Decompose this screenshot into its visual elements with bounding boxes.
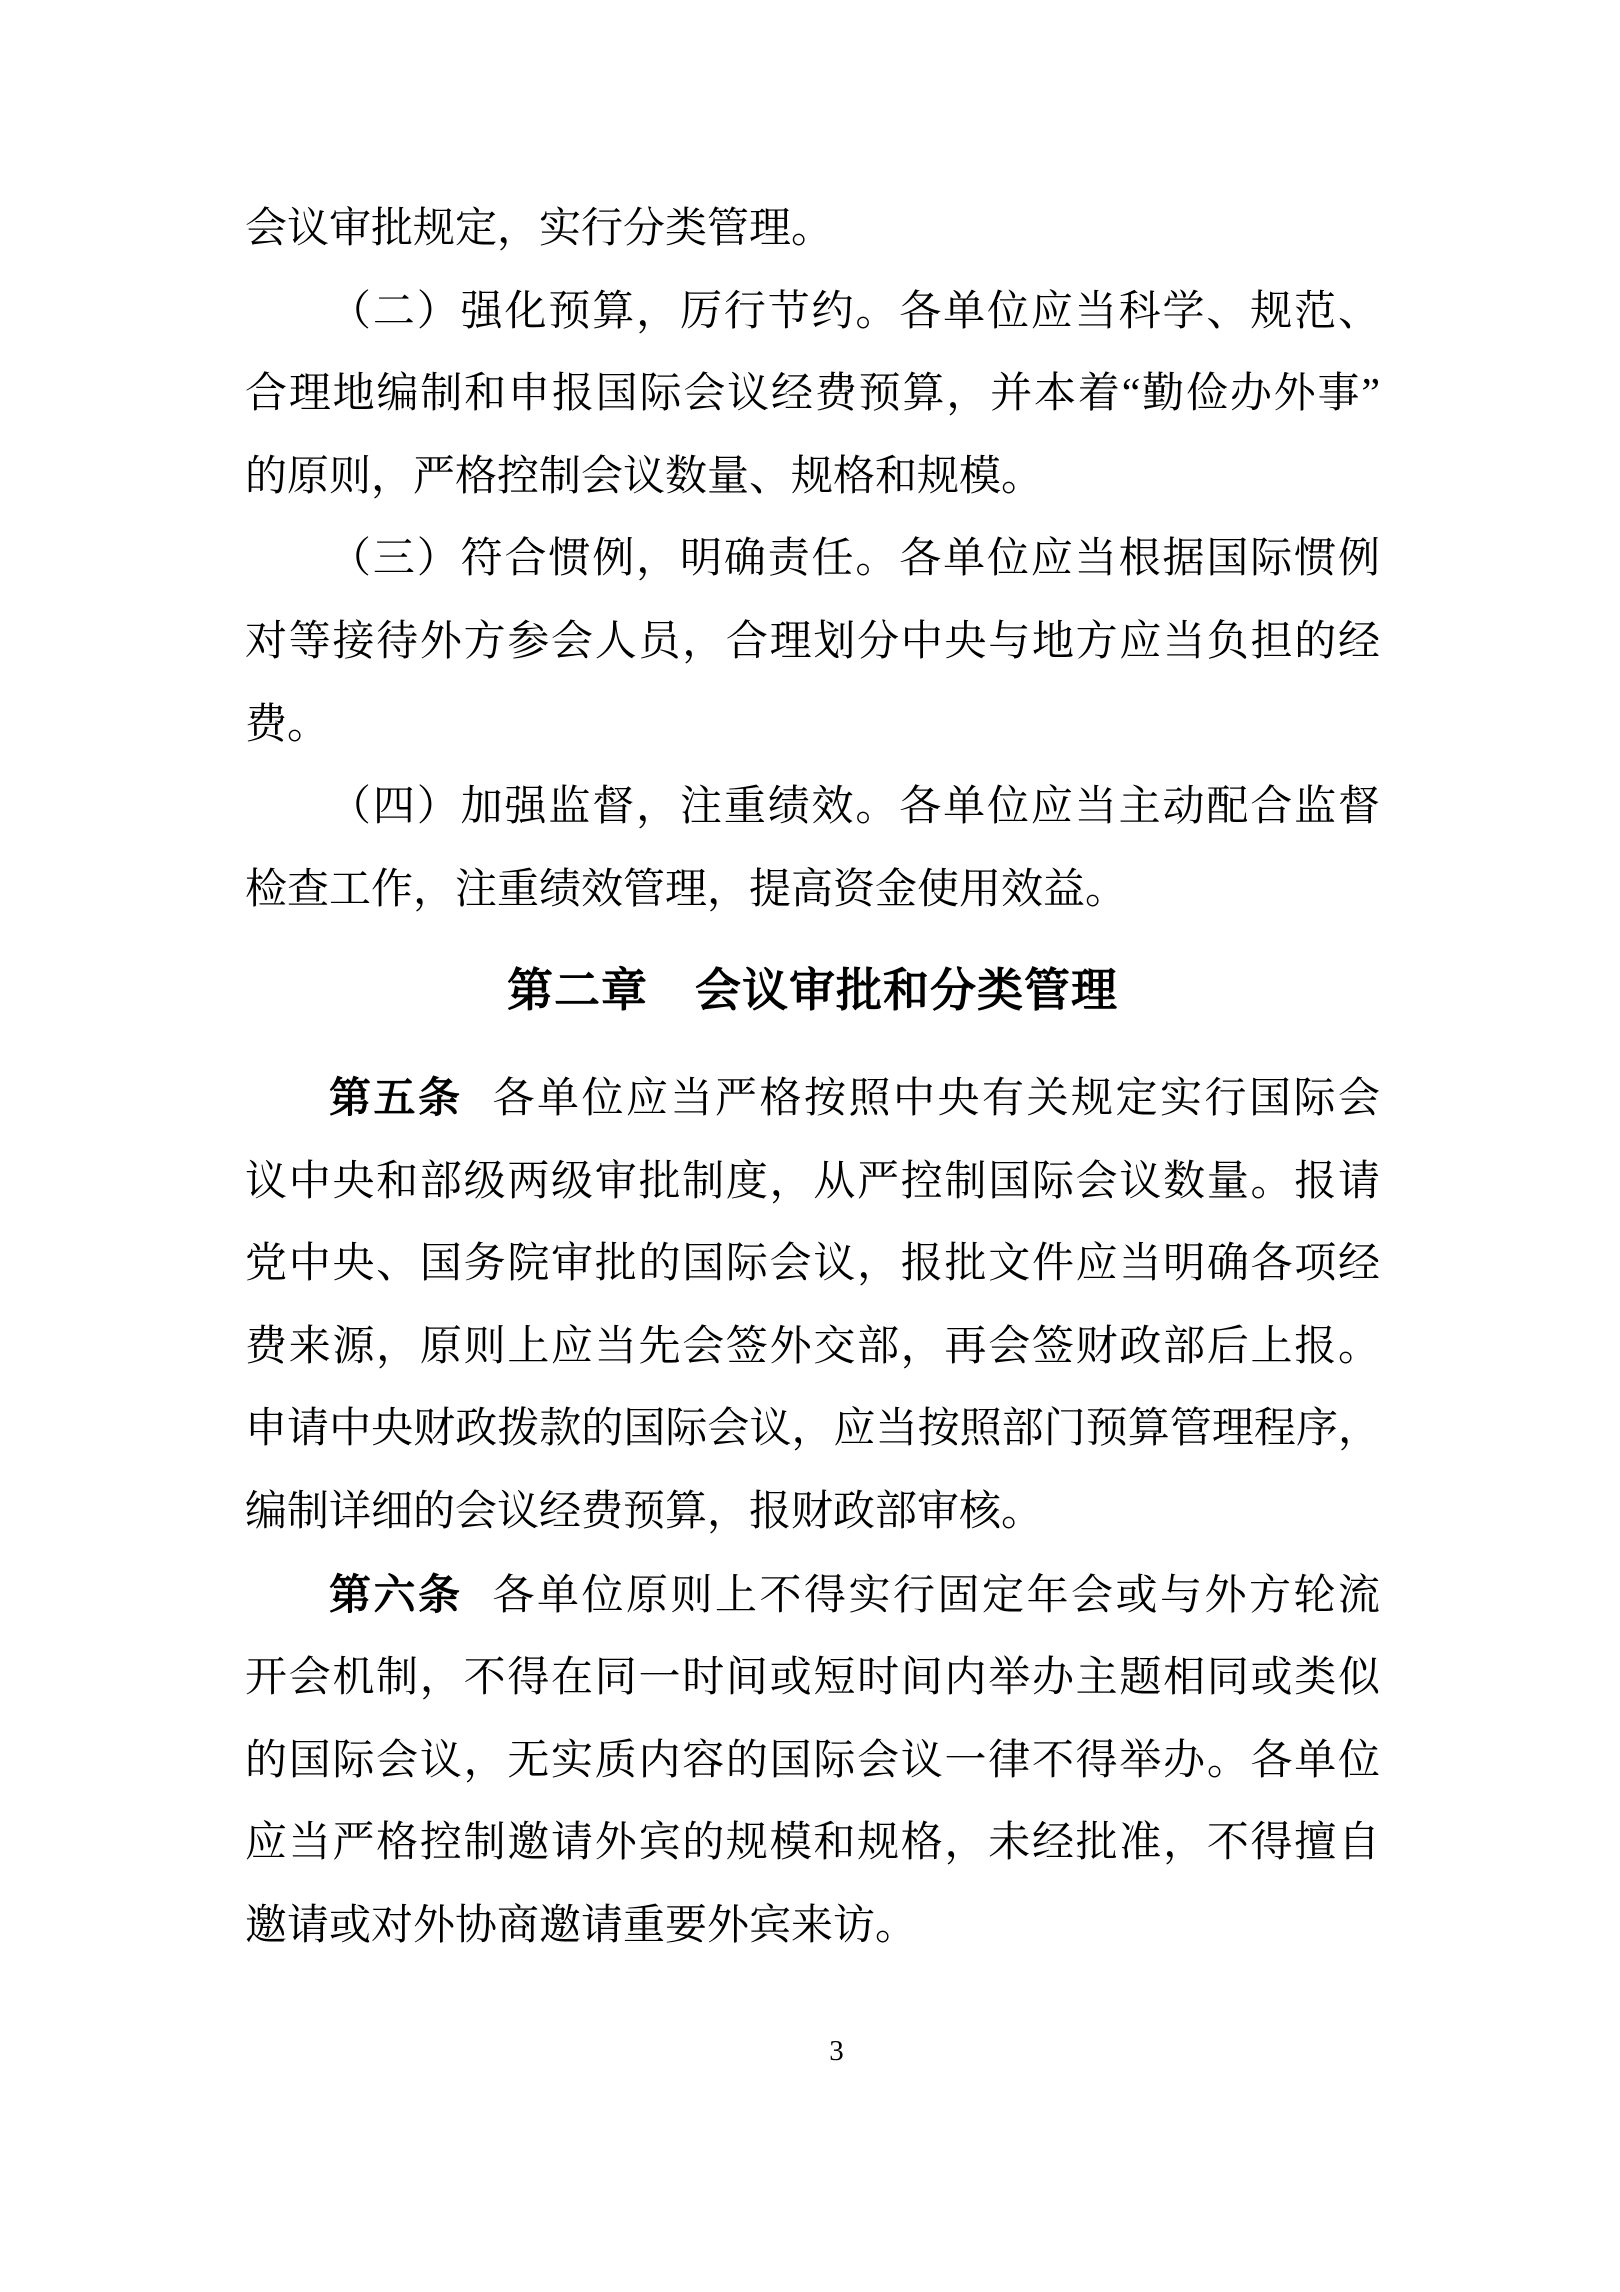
article5-line-1-text: 各单位应当严格按照中央有关规定实行国际会 (493, 1076, 1380, 1122)
article5-line-6: 编制详细的会议经费预算，报财政部审核。 (245, 1471, 1380, 1554)
article5-line-5: 申请中央财政拨款的国际会议，应当按照部门预算管理程序， (245, 1388, 1380, 1471)
page-number: 3 (269, 2031, 1404, 2071)
chapter-heading: 第二章 会议审批和分类管理 (245, 949, 1380, 1032)
item3-line-2: 对等接待外方参会人员，合理划分中央与地方应当负担的经 (245, 601, 1380, 684)
article5-line-1: 第五条各单位应当严格按照中央有关规定实行国际会 (245, 1057, 1380, 1141)
document-page: 会议审批规定，实行分类管理。 （二）强化预算，厉行节约。各单位应当科学、规范、 … (0, 0, 1620, 2292)
document-body: 会议审批规定，实行分类管理。 （二）强化预算，厉行节约。各单位应当科学、规范、 … (245, 188, 1380, 2071)
article6-label: 第六条 (329, 1571, 463, 1618)
item2-line-1: （二）强化预算，厉行节约。各单位应当科学、规范、 (245, 271, 1380, 354)
article5-line-4: 费来源，原则上应当先会签外交部，再会签财政部后上报。 (245, 1306, 1380, 1389)
article6-line-3: 的国际会议，无实质内容的国际会议一律不得举办。各单位 (245, 1720, 1380, 1803)
item4-line-1: （四）加强监督，注重绩效。各单位应当主动配合监督 (245, 766, 1380, 849)
item2-line-3: 的原则，严格控制会议数量、规格和规模。 (245, 436, 1380, 519)
item2-line-2: 合理地编制和申报国际会议经费预算，并本着“勤俭办外事” (245, 353, 1380, 436)
article5-line-3: 党中央、国务院审批的国际会议，报批文件应当明确各项经 (245, 1223, 1380, 1306)
article6-line-4: 应当严格控制邀请外宾的规模和规格，未经批准，不得擅自 (245, 1802, 1380, 1885)
item3-line-3: 费。 (245, 684, 1380, 767)
item3-line-1: （三）符合惯例，明确责任。各单位应当根据国际惯例 (245, 518, 1380, 601)
article6-line-1-text: 各单位原则上不得实行固定年会或与外方轮流 (493, 1573, 1380, 1619)
item4-line-2: 检查工作，注重绩效管理，提高资金使用效益。 (245, 849, 1380, 932)
article6-line-2: 开会机制，不得在同一时间或短时间内举办主题相同或类似 (245, 1637, 1380, 1720)
article5-label: 第五条 (329, 1074, 463, 1121)
article6-line-5: 邀请或对外协商邀请重要外宾来访。 (245, 1885, 1380, 1968)
article6-line-1: 第六条各单位原则上不得实行固定年会或与外方轮流 (245, 1554, 1380, 1638)
article5-line-2: 议中央和部级两级审批制度，从严控制国际会议数量。报请 (245, 1141, 1380, 1224)
intro-paragraph-line: 会议审批规定，实行分类管理。 (245, 188, 1380, 271)
